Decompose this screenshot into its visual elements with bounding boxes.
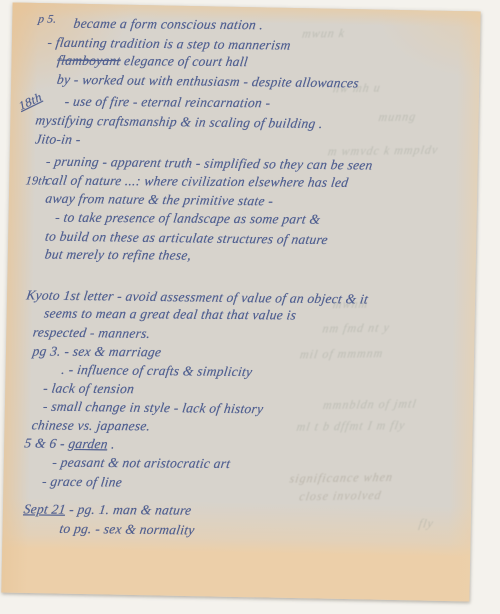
note-lines: p 5.became a form conscious nation .- fl… xyxy=(20,14,470,543)
handwriting-text: respected - manners. xyxy=(32,324,151,340)
handwriting-text: garden xyxy=(68,436,109,451)
handwriting-text: mystifying craftsmanship & in scaling of… xyxy=(35,112,324,130)
note-paper: mwun knw mh umunngm wmvdc k mmpldvmwnmnm… xyxy=(1,3,480,602)
handwriting-text: - lack of tension xyxy=(42,380,135,396)
handwriting-text: 5 & 6 - xyxy=(24,436,70,452)
handwriting-text: - to take presence of landscape as some … xyxy=(54,210,321,227)
handwritten-line: Jito-in - xyxy=(25,130,472,152)
handwriting-text: but merely to refine these, xyxy=(44,247,192,263)
margin-note: 19th xyxy=(25,171,50,190)
handwriting-text: seems to mean a great deal that that val… xyxy=(43,306,297,323)
handwriting-text: elegance of court hall xyxy=(120,53,249,69)
handwriting-text: - flaunting tradition is a step to manne… xyxy=(47,34,292,52)
handwriting-text: Sept 21 xyxy=(23,502,67,517)
scan-background: mwun knw mh umunngm wmvdc k mmpldvmwnmnm… xyxy=(0,0,500,614)
handwritten-line: by - worked out with enthusiasm - despit… xyxy=(26,70,472,94)
handwriting-text: . xyxy=(107,437,116,452)
handwriting-text: - sex & normality xyxy=(95,521,196,537)
handwriting-text: call of nature ...: where civilization e… xyxy=(45,172,349,189)
handwriting-text: - pruning - apparent truth - simplified … xyxy=(45,154,374,173)
handwriting-text: flamboyant xyxy=(56,53,121,68)
handwriting-text: by - worked out with enthusiasm - despit… xyxy=(56,72,360,91)
handwriting-text: pg 3. - sex & marriage xyxy=(32,343,163,359)
handwriting-text: Jito-in - xyxy=(34,131,81,146)
handwriting-text: - use of fire - eternal reincarnation - xyxy=(64,94,272,111)
handwriting-text: Kyoto 1st letter - avoid assessment of v… xyxy=(25,287,369,306)
handwritten-line: to pg. - sex & normality xyxy=(20,519,466,543)
handwriting-text: chinese vs. japanese. xyxy=(31,417,151,433)
handwriting-text: to build on these as articulate structur… xyxy=(44,228,329,246)
handwritten-line: - grace of line xyxy=(21,472,467,496)
handwriting-text: - grace of line xyxy=(41,473,123,489)
handwriting-text: - small change in style - lack of histor… xyxy=(42,399,264,417)
handwriting-text: became a form conscious nation . xyxy=(73,16,265,32)
handwriting-text: to pg. xyxy=(59,521,97,536)
handwriting-text: away from nature & the primitive state - xyxy=(45,191,275,209)
handwriting-text: - peasant & not aristocratic art xyxy=(51,455,231,471)
handwritten-line: p 5.became a form conscious nation . xyxy=(26,14,473,36)
handwriting-text: . - influence of crafts & simplicity xyxy=(61,362,254,379)
margin-note: p 5. xyxy=(37,11,58,30)
handwritten-line: but merely to refine these, xyxy=(24,246,471,268)
handwritten-line: - to take presence of landscape as some … xyxy=(24,208,471,230)
handwriting-text: - pg. 1. man & nature xyxy=(65,502,193,518)
